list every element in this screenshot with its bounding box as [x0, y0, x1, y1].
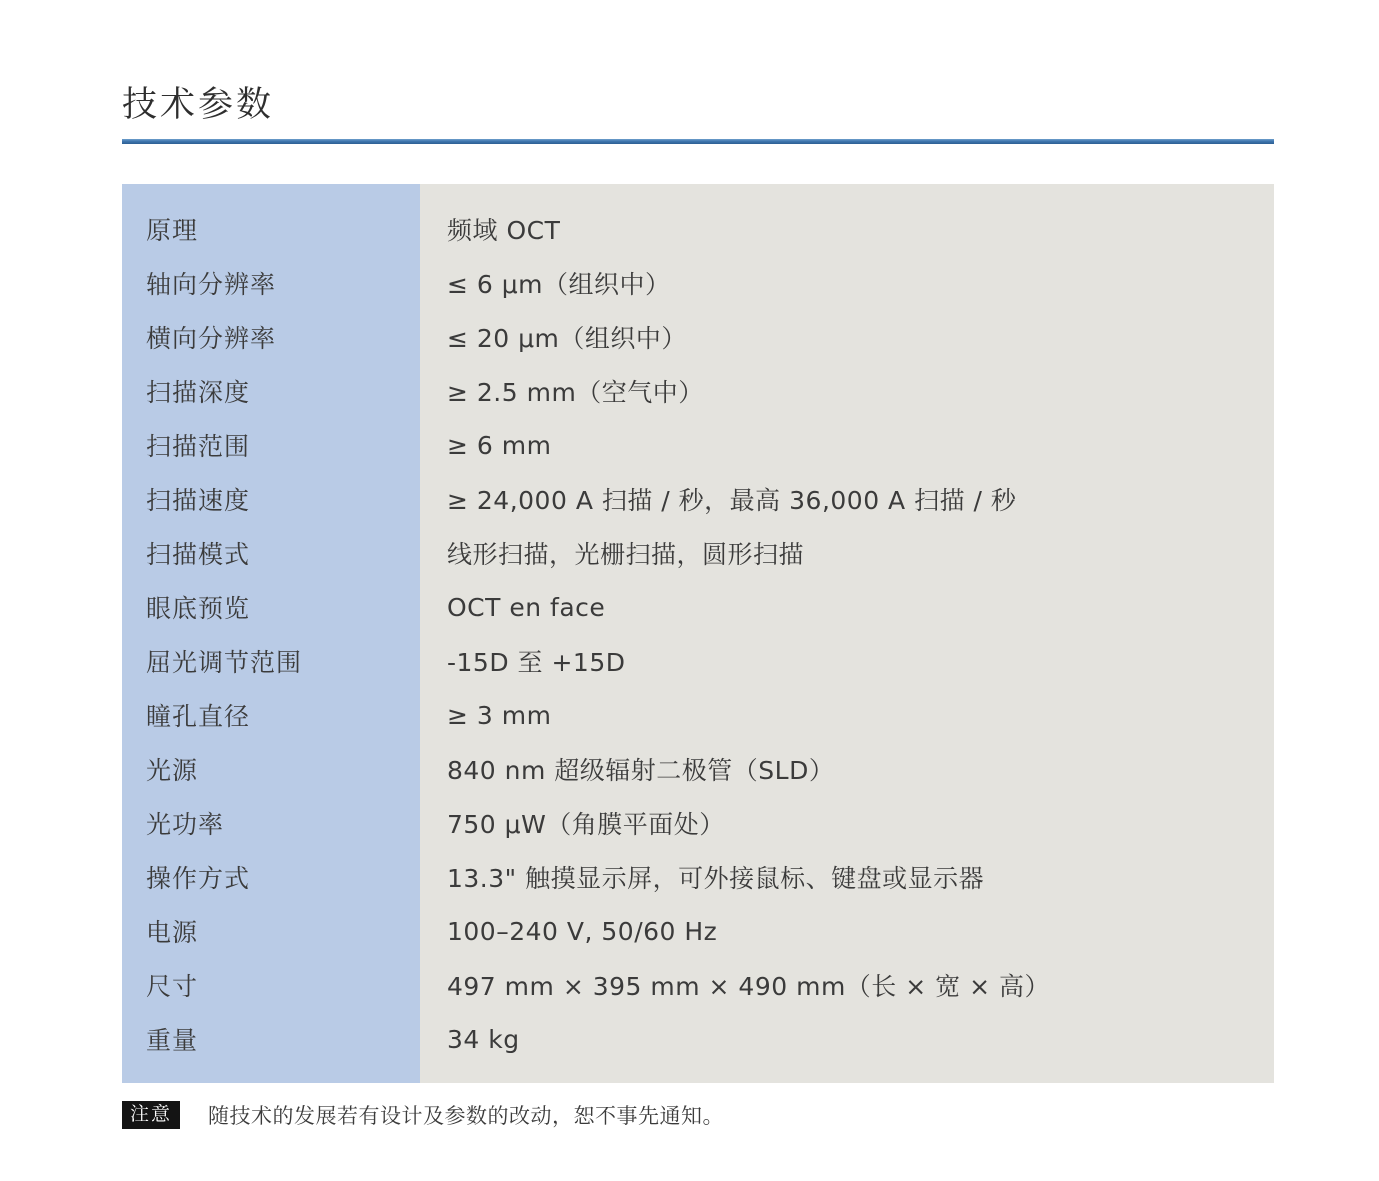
- spec-label: 原理: [122, 211, 420, 247]
- spec-label: 尺寸: [122, 967, 420, 1003]
- spec-label: 扫描速度: [122, 481, 420, 517]
- table-row: 光功率 750 μW（角膜平面处）: [122, 796, 1274, 850]
- table-row: 电源 100–240 V, 50/60 Hz: [122, 904, 1274, 958]
- spec-label: 扫描深度: [122, 373, 420, 409]
- table-row: 光源 840 nm 超级辐射二极管（SLD）: [122, 742, 1274, 796]
- table-row: 横向分辨率 ≤ 20 μm（组织中）: [122, 310, 1274, 364]
- spec-value: 线形扫描，光栅扫描，圆形扫描: [420, 535, 1274, 571]
- table-row: 扫描模式 线形扫描，光栅扫描，圆形扫描: [122, 526, 1274, 580]
- spec-sheet-page: 技术参数 原理 频域 OCT 轴向分辨率 ≤ 6 μm（组织中） 横向分辨率 ≤…: [0, 0, 1379, 1181]
- spec-label: 眼底预览: [122, 589, 420, 625]
- spec-label: 横向分辨率: [122, 319, 420, 355]
- table-row: 原理 频域 OCT: [122, 202, 1274, 256]
- page-title: 技术参数: [122, 84, 274, 126]
- table-row: 尺寸 497 mm × 395 mm × 490 mm（长 × 宽 × 高）: [122, 958, 1274, 1012]
- spec-value: 34 kg: [420, 1025, 1274, 1054]
- spec-value: OCT en face: [420, 593, 1274, 622]
- spec-label: 扫描模式: [122, 535, 420, 571]
- spec-value: ≥ 3 mm: [420, 701, 1274, 730]
- table-row: 眼底预览 OCT en face: [122, 580, 1274, 634]
- spec-label: 操作方式: [122, 859, 420, 895]
- spec-value: -15D 至 +15D: [420, 643, 1274, 679]
- table-row: 重量 34 kg: [122, 1012, 1274, 1066]
- note-text: 随技术的发展若有设计及参数的改动，恕不事先通知。: [208, 1100, 724, 1130]
- spec-label: 光功率: [122, 805, 420, 841]
- spec-value: 497 mm × 395 mm × 490 mm（长 × 宽 × 高）: [420, 967, 1274, 1003]
- spec-value: 频域 OCT: [420, 211, 1274, 247]
- spec-label: 扫描范围: [122, 427, 420, 463]
- spec-label: 重量: [122, 1021, 420, 1057]
- table-row: 瞳孔直径 ≥ 3 mm: [122, 688, 1274, 742]
- spec-value: 100–240 V, 50/60 Hz: [420, 917, 1274, 946]
- spec-label: 轴向分辨率: [122, 265, 420, 301]
- table-row: 屈光调节范围 -15D 至 +15D: [122, 634, 1274, 688]
- spec-value: ≥ 6 mm: [420, 431, 1274, 460]
- spec-value: ≤ 20 μm（组织中）: [420, 319, 1274, 355]
- note-badge: 注意: [122, 1101, 180, 1129]
- table-row: 轴向分辨率 ≤ 6 μm（组织中）: [122, 256, 1274, 310]
- spec-label: 屈光调节范围: [122, 643, 420, 679]
- title-underline: [122, 139, 1274, 144]
- spec-value: ≤ 6 μm（组织中）: [420, 265, 1274, 301]
- table-row: 扫描速度 ≥ 24,000 A 扫描 / 秒，最高 36,000 A 扫描 / …: [122, 472, 1274, 526]
- spec-label: 电源: [122, 913, 420, 949]
- spec-table: 原理 频域 OCT 轴向分辨率 ≤ 6 μm（组织中） 横向分辨率 ≤ 20 μ…: [122, 184, 1274, 1083]
- spec-label: 光源: [122, 751, 420, 787]
- table-row: 操作方式 13.3" 触摸显示屏，可外接鼠标、键盘或显示器: [122, 850, 1274, 904]
- spec-label: 瞳孔直径: [122, 697, 420, 733]
- table-row: 扫描范围 ≥ 6 mm: [122, 418, 1274, 472]
- spec-value: 13.3" 触摸显示屏，可外接鼠标、键盘或显示器: [420, 859, 1274, 895]
- table-row: 扫描深度 ≥ 2.5 mm（空气中）: [122, 364, 1274, 418]
- spec-value: ≥ 24,000 A 扫描 / 秒，最高 36,000 A 扫描 / 秒: [420, 481, 1274, 517]
- footnote: 注意 随技术的发展若有设计及参数的改动，恕不事先通知。: [122, 1100, 724, 1130]
- spec-value: 840 nm 超级辐射二极管（SLD）: [420, 751, 1274, 787]
- spec-value: 750 μW（角膜平面处）: [420, 805, 1274, 841]
- spec-value: ≥ 2.5 mm（空气中）: [420, 373, 1274, 409]
